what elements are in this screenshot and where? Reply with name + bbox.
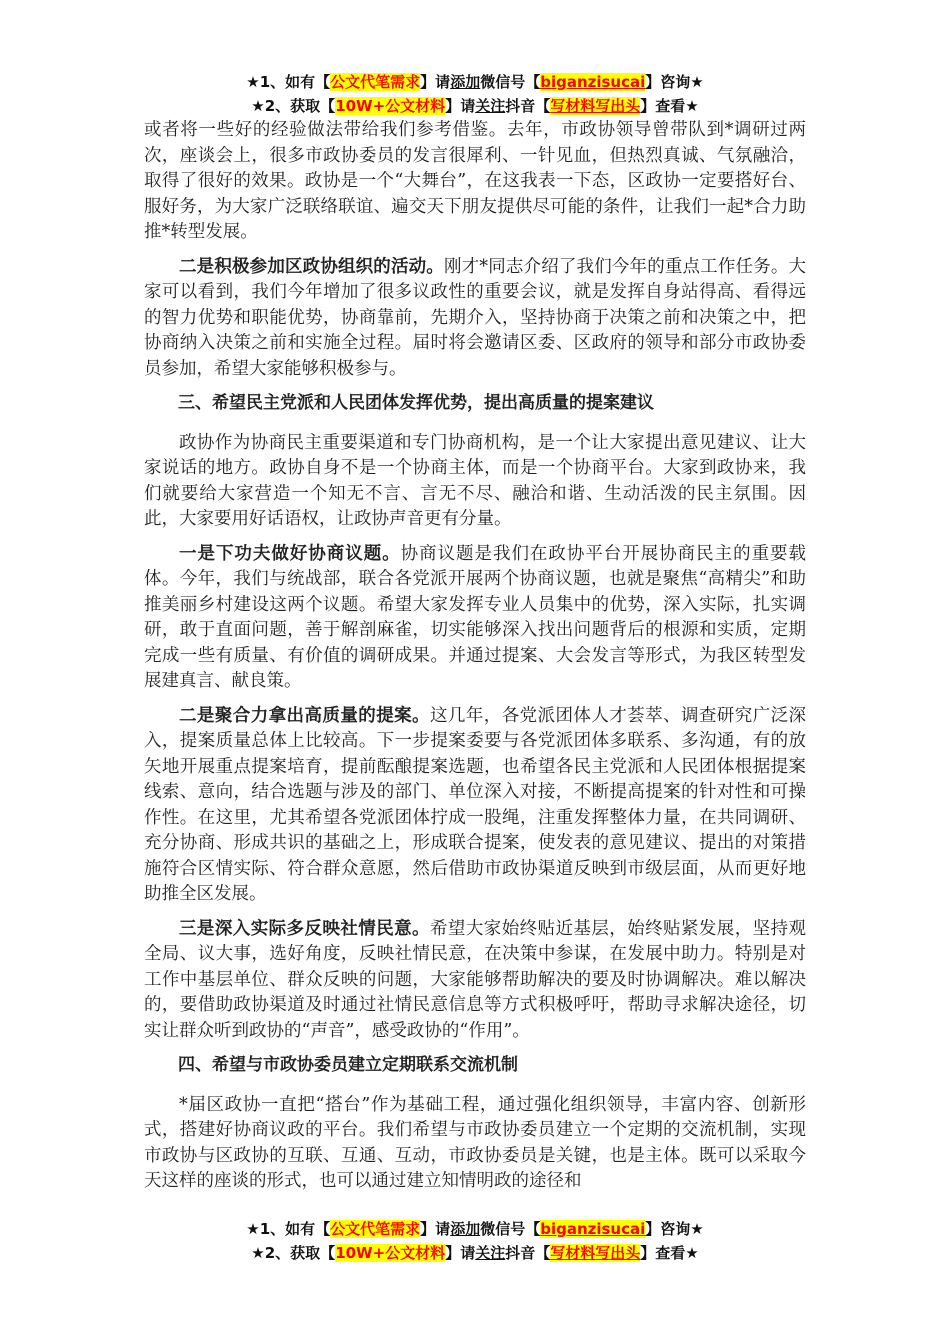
document-page: ★1、如有【公文代笔需求】请添加微信号【biganzisucai】咨询★ ★2、… bbox=[0, 0, 950, 1344]
highlight-materials: 10W+公文材料 bbox=[335, 1244, 445, 1262]
douyin-account-link[interactable]: 写材料写出头 bbox=[550, 1244, 640, 1262]
banner-text: 抖音【 bbox=[505, 97, 550, 115]
banner-text: 微信号【 bbox=[480, 73, 540, 91]
underlined-follow: 关注 bbox=[475, 1244, 505, 1262]
underlined-add: 添加 bbox=[450, 1220, 480, 1238]
underlined-add: 添加 bbox=[450, 73, 480, 91]
banner-line-1: ★1、如有【公文代笔需求】请添加微信号【biganzisucai】咨询★ bbox=[0, 70, 950, 94]
banner-text: 】请 bbox=[445, 1244, 475, 1262]
highlight-service: 公文代笔需求 bbox=[330, 73, 420, 91]
banner-text: 】查看★ bbox=[640, 97, 698, 115]
banner-line-2: ★2、获取【10W+公文材料】请关注抖音【写材料写出头】查看★ bbox=[0, 94, 950, 118]
highlight-materials: 10W+公文材料 bbox=[335, 97, 445, 115]
douyin-account-link[interactable]: 写材料写出头 bbox=[550, 97, 640, 115]
highlight-service: 公文代笔需求 bbox=[330, 1220, 420, 1238]
paragraph-lead: 二是聚合力拿出高质量的提案。 bbox=[179, 706, 430, 726]
banner-text: 】请 bbox=[420, 73, 450, 91]
paragraph-text: 或者将一些好的经验做法带给我们参考借鉴。去年，市政协领导曾带队到*调研过两次，座… bbox=[144, 120, 806, 242]
banner-line-2: ★2、获取【10W+公文材料】请关注抖音【写材料写出头】查看★ bbox=[0, 1241, 950, 1265]
paragraph-lead: 一是下功夫做好协商议题。 bbox=[179, 544, 401, 564]
paragraph: *届区政协一直把“搭台”作为基础工程，通过强化组织领导，丰富内容、创新形式，搭建… bbox=[144, 1093, 806, 1195]
paragraph: 一是下功夫做好协商议题。协商议题是我们在政协平台开展协商民主的重要载体。今年，我… bbox=[144, 542, 806, 695]
banner-line-1: ★1、如有【公文代笔需求】请添加微信号【biganzisucai】咨询★ bbox=[0, 1217, 950, 1241]
banner-text: ★1、如有【 bbox=[246, 1220, 330, 1238]
paragraph-text: 这几年，各党派团体人才荟萃、调查研究广泛深入，提案质量总体上比较高。下一步提案委… bbox=[144, 706, 806, 905]
wechat-id-link[interactable]: biganzisucai bbox=[540, 73, 645, 91]
paragraph: 二是聚合力拿出高质量的提案。这几年，各党派团体人才荟萃、调查研究广泛深入，提案质… bbox=[144, 704, 806, 908]
paragraph: 政协作为协商民主重要渠道和专门协商机构，是一个让大家提出意见建议、让大家说话的地… bbox=[144, 431, 806, 533]
paragraph: 三是深入实际多反映社情民意。希望大家始终贴近基层，始终贴紧发展，坚持观全局、议大… bbox=[144, 917, 806, 1045]
paragraph: 或者将一些好的经验做法带给我们参考借鉴。去年，市政协领导曾带队到*调研过两次，座… bbox=[144, 118, 806, 246]
banner-text: ★1、如有【 bbox=[246, 73, 330, 91]
banner-text: 微信号【 bbox=[480, 1220, 540, 1238]
section-heading-4: 四、希望与市政协委员建立定期联系交流机制 bbox=[144, 1053, 806, 1079]
paragraph-text: *届区政协一直把“搭台”作为基础工程，通过强化组织领导，丰富内容、创新形式，搭建… bbox=[144, 1095, 806, 1192]
banner-text: ★2、获取【 bbox=[251, 97, 335, 115]
document-body: 或者将一些好的经验做法带给我们参考借鉴。去年，市政协领导曾带队到*调研过两次，座… bbox=[144, 118, 806, 1204]
banner-text: 】请 bbox=[445, 97, 475, 115]
banner-text: ★2、获取【 bbox=[251, 1244, 335, 1262]
banner-text: 】查看★ bbox=[640, 1244, 698, 1262]
section-heading-3: 三、希望民主党派和人民团体发挥优势，提出高质量的提案建议 bbox=[144, 391, 806, 417]
header-banner: ★1、如有【公文代笔需求】请添加微信号【biganzisucai】咨询★ ★2、… bbox=[0, 70, 950, 118]
banner-text: 】请 bbox=[420, 1220, 450, 1238]
paragraph-text: 协商议题是我们在政协平台开展协商民主的重要载体。今年，我们与统战部，联合各党派开… bbox=[144, 544, 806, 692]
banner-text: 抖音【 bbox=[505, 1244, 550, 1262]
wechat-id-link[interactable]: biganzisucai bbox=[540, 1220, 645, 1238]
paragraph-text: 政协作为协商民主重要渠道和专门协商机构，是一个让大家提出意见建议、让大家说话的地… bbox=[144, 433, 806, 530]
paragraph: 二是积极参加区政协组织的活动。刚才*同志介绍了我们今年的重点工作任务。大家可以看… bbox=[144, 255, 806, 383]
banner-text: 】咨询★ bbox=[645, 73, 703, 91]
footer-banner: ★1、如有【公文代笔需求】请添加微信号【biganzisucai】咨询★ ★2、… bbox=[0, 1217, 950, 1265]
paragraph-lead: 二是积极参加区政协组织的活动。 bbox=[179, 257, 444, 277]
paragraph-lead: 三是深入实际多反映社情民意。 bbox=[179, 919, 430, 939]
underlined-follow: 关注 bbox=[475, 97, 505, 115]
banner-text: 】咨询★ bbox=[645, 1220, 703, 1238]
